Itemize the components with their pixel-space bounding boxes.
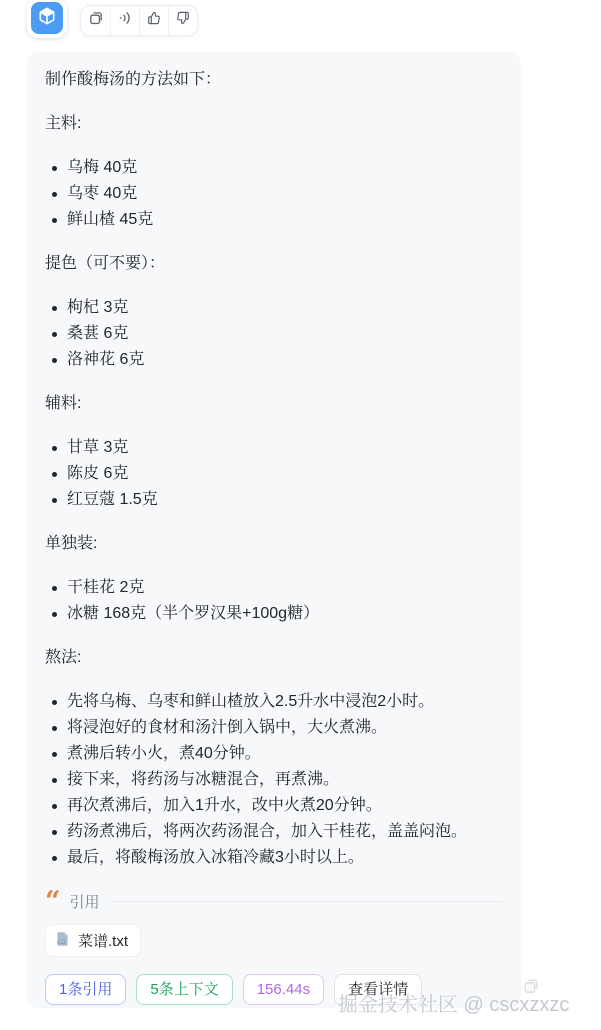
- list-item: 冰糖 168克（半个罗汉果+100g糖）: [49, 601, 503, 627]
- citation-header: “ 引用: [45, 891, 503, 912]
- cited-file-name: 菜谱.txt: [78, 930, 128, 951]
- list-item: 甘草 3克: [49, 435, 503, 461]
- message-actions-toolbar: [80, 5, 198, 36]
- badges-row: 1条引用 5条上下文 156.44s 查看详情: [45, 974, 503, 1005]
- copy-icon: [88, 10, 104, 31]
- section-heading: 主料:: [45, 111, 503, 137]
- citation-label: 引用: [70, 891, 100, 912]
- quote-icon: “: [45, 894, 61, 910]
- assistant-avatar-badge: [31, 2, 63, 34]
- list-item: 再次煮沸后，加入1升水，改中火煮20分钟。: [49, 793, 503, 819]
- list-item: 干桂花 2克: [49, 575, 503, 601]
- list-item: 乌梅 40克: [49, 155, 503, 181]
- thumbs-up-button[interactable]: [139, 6, 168, 35]
- cube-icon: [36, 5, 58, 32]
- list-item: 先将乌梅、乌枣和鲜山楂放入2.5升水中浸泡2小时。: [49, 689, 503, 715]
- ingredient-list-color: 枸杞 3克 桑葚 6克 洛神花 6克: [49, 295, 503, 373]
- section-heading: 提色（可不要）：: [45, 251, 503, 277]
- list-item: 煮沸后转小火，煮40分钟。: [49, 741, 503, 767]
- list-item: 枸杞 3克: [49, 295, 503, 321]
- list-item: 乌枣 40克: [49, 181, 503, 207]
- list-item: 将浸泡好的食材和汤汁倒入锅中，大火煮沸。: [49, 715, 503, 741]
- list-item: 红豆蔻 1.5克: [49, 487, 503, 513]
- ingredient-list-separate: 干桂花 2克 冰糖 168克（半个罗汉果+100g糖）: [49, 575, 503, 627]
- list-item: 洛神花 6克: [49, 347, 503, 373]
- citation-divider: [112, 901, 503, 902]
- intro-text: 制作酸梅汤的方法如下：: [45, 67, 503, 93]
- assistant-avatar: [27, 0, 67, 38]
- read-aloud-button[interactable]: [110, 6, 139, 35]
- list-item: 鲜山楂 45克: [49, 207, 503, 233]
- section-heading: 单独装:: [45, 531, 503, 557]
- list-item: 最后，将酸梅汤放入冰箱冷藏3小时以上。: [49, 845, 503, 871]
- section-heading: 熬法:: [45, 645, 503, 671]
- context-count-badge[interactable]: 5条上下文: [136, 974, 232, 1005]
- cooking-steps-list: 先将乌梅、乌枣和鲜山楂放入2.5升水中浸泡2小时。 将浸泡好的食材和汤汁倒入锅中…: [49, 689, 503, 871]
- thumbs-down-button[interactable]: [168, 6, 197, 35]
- ingredient-list-main: 乌梅 40克 乌枣 40克 鲜山楂 45克: [49, 155, 503, 233]
- ingredient-list-aux: 甘草 3克 陈皮 6克 红豆蔻 1.5克: [49, 435, 503, 513]
- elapsed-time-badge[interactable]: 156.44s: [243, 974, 324, 1005]
- list-item: 桑葚 6克: [49, 321, 503, 347]
- txt-file-icon: TXT: [55, 931, 71, 951]
- read-aloud-icon: [117, 10, 133, 31]
- thumbs-down-icon: [175, 10, 191, 31]
- chat-message-view: 制作酸梅汤的方法如下： 主料: 乌梅 40克 乌枣 40克 鲜山楂 45克 提色…: [0, 0, 601, 1030]
- citations-count-badge[interactable]: 1条引用: [45, 974, 126, 1005]
- list-item: 陈皮 6克: [49, 461, 503, 487]
- watermark-copy-icon: [522, 977, 540, 1000]
- assistant-message-bubble: 制作酸梅汤的方法如下： 主料: 乌梅 40克 乌枣 40克 鲜山楂 45克 提色…: [27, 52, 521, 1008]
- view-details-button[interactable]: 查看详情: [334, 974, 422, 1005]
- list-item: 接下来，将药汤与冰糖混合，再煮沸。: [49, 767, 503, 793]
- section-heading: 辅料:: [45, 391, 503, 417]
- list-item: 药汤煮沸后，将两次药汤混合，加入干桂花，盖盖闷泡。: [49, 819, 503, 845]
- svg-text:TXT: TXT: [58, 939, 64, 943]
- copy-button[interactable]: [81, 6, 110, 35]
- thumbs-up-icon: [146, 10, 162, 31]
- cited-file-chip[interactable]: TXT 菜谱.txt: [45, 924, 141, 957]
